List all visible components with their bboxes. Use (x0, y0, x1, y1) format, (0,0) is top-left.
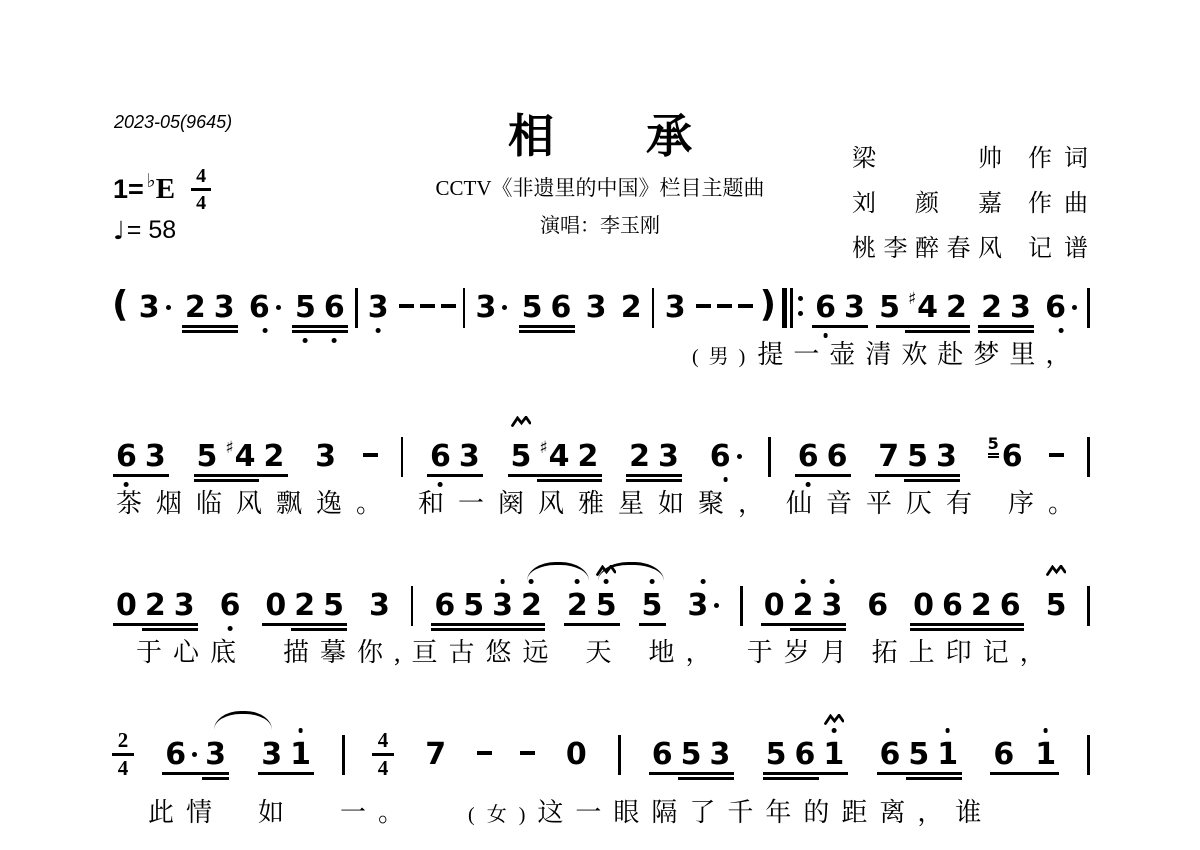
lyric-segment: 序。 (1008, 483, 1088, 520)
jianpu-note: 5 (320, 588, 347, 622)
note-group: 61 (989, 737, 1060, 771)
note-group: 6 (1041, 290, 1081, 324)
beam-line (678, 777, 734, 780)
note-main: 5 (463, 588, 484, 622)
repeat-open-sign (782, 288, 805, 328)
note-main: 2 (567, 588, 588, 622)
note-group: 23 (977, 290, 1035, 324)
note-digit: 6 (880, 737, 901, 772)
parenthesis: ( (112, 287, 128, 323)
time-signature: 24 (112, 730, 134, 779)
note-digit: 2 (264, 439, 285, 474)
note-group: 3 (311, 439, 340, 473)
notation-line: 635♯423635♯422366675356 (112, 405, 1090, 477)
jianpu-note: 2 (968, 588, 995, 622)
jianpu-note: 56 (985, 439, 1026, 473)
mordent (511, 416, 531, 427)
note-digit: 2 (567, 588, 588, 623)
fraction-bar (191, 188, 211, 191)
note-digit: 3 (315, 439, 336, 474)
lyric-segment: 拓上印记， (872, 632, 1057, 669)
note-digit: 3 (586, 290, 607, 325)
note-main: 2 (145, 588, 166, 622)
note-main: 6 (116, 439, 137, 473)
time-top: 4 (196, 166, 206, 186)
beam-line (142, 628, 198, 631)
beam-line (537, 479, 602, 482)
jianpu-note: 6 (877, 737, 904, 771)
octave-dot-high (575, 579, 580, 584)
beam-line (795, 474, 851, 477)
beam-line (763, 777, 819, 780)
note-main: 6 (1000, 588, 1021, 622)
note-digit: 2 (521, 588, 542, 623)
note-group: 0626 (909, 588, 1025, 622)
note-digit: 2 (621, 290, 642, 325)
note-digit: 6 (551, 290, 572, 325)
jianpu-note: ♯4 (536, 439, 572, 473)
note-main: 3 (174, 588, 195, 622)
octave-dot-low (823, 333, 828, 338)
jianpu-note: 5 (519, 290, 546, 324)
beam-line (427, 474, 483, 477)
beam-line (292, 330, 348, 333)
note-group: 63 (426, 439, 484, 473)
octave-dot-low (332, 338, 337, 343)
beam-line (978, 325, 1034, 328)
jianpu-note: 6 (548, 290, 575, 324)
note-group: 0 (562, 737, 591, 771)
note-main: 7 (878, 439, 899, 473)
note-digit: 2 (294, 588, 315, 623)
lyric-segment: 于岁月 (747, 632, 858, 669)
note-group: 5♯42 (193, 439, 289, 473)
jianpu-note: 3 (366, 588, 393, 622)
beam-line (910, 628, 1024, 631)
note-main: 3 (368, 290, 389, 324)
tempo-marking: ♩ = 58 (113, 216, 211, 245)
note-digit: 1 (823, 737, 844, 772)
duration-dash (738, 304, 753, 308)
note-digit: 2 (185, 290, 206, 325)
duration-dash (477, 751, 492, 755)
jianpu-note: 5 (904, 439, 931, 473)
note-main: 3 (492, 588, 513, 622)
note-digit: 2 (145, 588, 166, 623)
note-group: 66 (794, 439, 852, 473)
note-digit: 3 (139, 290, 160, 325)
note-main: 1 (290, 737, 311, 771)
note-main: 6 (993, 737, 1014, 771)
note-group: 653 (648, 737, 735, 771)
note-main: 0 (566, 737, 587, 771)
jianpu-note: 0 (761, 588, 788, 622)
jianpu-note: 5 (593, 588, 620, 622)
jianpu-note: 7 (422, 737, 449, 771)
note-main: ♯4 (908, 290, 938, 324)
augmentation-dot (1072, 305, 1077, 310)
beam-line (990, 772, 1059, 775)
octave-dot-high (650, 579, 655, 584)
jianpu-note: 6 (246, 290, 284, 324)
jianpu-note: 6 (812, 290, 839, 324)
sharp-icon: ♯ (225, 438, 233, 458)
beam-line (431, 623, 545, 626)
note-digit: 6 (993, 737, 1014, 772)
parenthesis: ) (760, 287, 776, 323)
note-group: 31 (257, 737, 315, 771)
jianpu-note: 0 (262, 588, 289, 622)
lyric-segment: 这一眼隔了千年的距离，谁 (537, 792, 993, 829)
jianpu-note: 5 (678, 737, 705, 771)
jianpu-note: 3 (933, 439, 960, 473)
jianpu-note: 3 (258, 737, 285, 771)
jianpu-note: 1 (934, 737, 961, 771)
note-main: 0 (116, 588, 137, 622)
jianpu-note: 6 (649, 737, 676, 771)
note-digit: 5 (522, 290, 543, 325)
duration-dash (420, 304, 435, 308)
note-digit: 5 (596, 588, 617, 623)
jianpu-note: 5 (292, 290, 319, 324)
jianpu-note: 6 (792, 737, 819, 771)
note-main: 5 (1046, 588, 1067, 622)
note-main: 2 (629, 439, 650, 473)
credit-name: 刘颜嘉 (852, 183, 1002, 218)
note-digit: 3 (1010, 290, 1031, 325)
note-main: 3 (821, 588, 842, 622)
note-digit: 4 (235, 439, 256, 474)
jianpu-note: 2 (518, 588, 545, 622)
time-signature-header: 4 4 (191, 166, 211, 213)
lyric-line: 于心底描摹你,亘古悠远天地，于岁月拓上印记， (112, 632, 1090, 669)
note-main: ♯4 (225, 439, 255, 473)
barline (1087, 735, 1090, 775)
beam-line (182, 325, 238, 328)
note-main: 2 (294, 588, 315, 622)
beam-line (649, 772, 734, 775)
note-digit: 5 (511, 439, 532, 474)
note-main: 2 (621, 290, 642, 324)
note-digit: 3 (261, 737, 282, 772)
octave-dot-high (701, 579, 706, 584)
note-main: 3 (459, 439, 480, 473)
beam-line (763, 772, 848, 775)
jianpu-note: 5 (460, 588, 487, 622)
jianpu-note: 5 (876, 290, 903, 324)
duration-dash (717, 304, 732, 308)
voice-label: (女) (468, 798, 537, 827)
note-group: 56 (291, 290, 349, 324)
note-digit: 6 (434, 588, 455, 623)
note-digit: 6 (116, 439, 137, 474)
note-main: 6 (652, 737, 673, 771)
lyric-segment: 此情 (148, 792, 224, 829)
note-main: 56 (988, 439, 1023, 473)
note-group: 023 (760, 588, 847, 622)
note-main: 2 (264, 439, 285, 473)
note-main: 7 (425, 737, 446, 771)
note-digit: 4 (549, 439, 570, 474)
jianpu-note: 6 (427, 439, 454, 473)
jianpu-note: 2 (291, 588, 318, 622)
augmentation-dot (192, 752, 197, 757)
beam-line (194, 474, 288, 477)
note-digit: 2 (629, 439, 650, 474)
note-digit: 3 (369, 588, 390, 623)
note-group: 7 (421, 737, 450, 771)
note-main: 0 (913, 588, 934, 622)
note-main: 5 (197, 439, 218, 473)
jianpu-note: 3 (142, 439, 169, 473)
note-group: 651 (876, 737, 963, 771)
credit-composer: 刘颜嘉 作曲 (852, 183, 1088, 218)
jianpu-note: 3 (818, 588, 845, 622)
beam-line (291, 628, 347, 631)
note-digit: 1 (1035, 737, 1056, 772)
notation-line: 0236025365322553023606265 (112, 554, 1090, 626)
jianpu-note: 3 (456, 439, 483, 473)
note-main: 5 (879, 290, 900, 324)
note-digit: 3 (476, 290, 497, 325)
lyric-segment: 地， (649, 632, 723, 669)
barline (342, 735, 345, 775)
jianpu-note: 0 (113, 588, 140, 622)
jianpu-note: 2 (575, 439, 602, 473)
note-main: 1 (937, 737, 958, 771)
note-digit: 1 (937, 737, 958, 772)
note-group: 3 (472, 290, 512, 324)
note-digit: 6 (1000, 588, 1021, 623)
jianpu-note: 5 (508, 439, 535, 473)
octave-dot-low (1059, 328, 1064, 333)
note-group: 23 (625, 439, 683, 473)
note-digit: 0 (566, 737, 587, 772)
note-main: 6 (798, 439, 819, 473)
note-main: 3 (139, 290, 171, 324)
note-digit: 5 (879, 290, 900, 325)
key-tempo-block: 1=♭E 4 4 ♩ = 58 (113, 166, 211, 245)
note-digit: 5 (197, 439, 218, 474)
note-main: 5 (522, 290, 543, 324)
lyric-segment: 仙音平仄有 (786, 483, 986, 520)
beam-line (910, 623, 1024, 626)
barline (740, 586, 743, 626)
lyric-line: 茶烟临风飘逸。和一阕风雅星如聚，仙音平仄有序。 (112, 483, 1090, 520)
grace-digit: 5 (988, 436, 999, 451)
note-group: 023 (112, 588, 199, 622)
jianpu-note: 3 (365, 290, 392, 324)
note-main: 5 (766, 737, 787, 771)
jianpu-note: 6 (113, 439, 140, 473)
note-main: 3 (665, 290, 686, 324)
note-main: 5 (323, 588, 344, 622)
note-digit: 6 (430, 439, 451, 474)
note-digit: 6 (324, 290, 345, 325)
sheet-music-page: 2023-05(9645) 相 承 CCTV《非遗里的中国》栏目主题曲 演唱：李… (0, 0, 1200, 850)
jianpu-note: 3 (171, 588, 198, 622)
jianpu-note: 6 (162, 737, 200, 771)
beam-line (113, 474, 169, 477)
beam-line (508, 474, 602, 477)
jianpu-note: 1 (1032, 737, 1059, 771)
note-main: 6 (165, 737, 197, 771)
note-digit: 2 (793, 588, 814, 623)
note-main: 5 (681, 737, 702, 771)
octave-dot-low (303, 338, 308, 343)
octave-dot-high (298, 728, 303, 733)
duration-dash (1049, 453, 1064, 457)
jianpu-note: 5 (763, 737, 790, 771)
octave-dot-high (831, 728, 836, 733)
note-digit: 0 (913, 588, 934, 623)
duration-dash (441, 304, 456, 308)
note-main: 3 (586, 290, 607, 324)
note-main: 6 (551, 290, 572, 324)
beam-line (875, 474, 960, 477)
note-digit: 5 (681, 737, 702, 772)
note-main: 5 (295, 290, 316, 324)
note-digit: 0 (265, 588, 286, 623)
lyric-segment: 天 (586, 632, 623, 669)
note-group: 5 (638, 588, 667, 622)
note-main: 3 (710, 737, 731, 771)
note-main: 6 (430, 439, 451, 473)
note-main: 2 (578, 439, 599, 473)
note-digit: 5 (642, 588, 663, 623)
note-main: 3 (261, 737, 282, 771)
augmentation-dot (276, 305, 281, 310)
octave-dot-high (604, 579, 609, 584)
jianpu-note: 2 (142, 588, 169, 622)
note-digit: 6 (249, 290, 270, 325)
jianpu-note: 2 (182, 290, 209, 324)
augmentation-dot (737, 454, 742, 459)
jianpu-note: 6 (990, 737, 1017, 771)
jianpu-note: 6 (795, 439, 822, 473)
octave-dot-high (945, 728, 950, 733)
jianpu-note: 3 (662, 290, 689, 324)
note-main: 6 (880, 737, 901, 771)
note-digit: 6 (798, 439, 819, 474)
lyric-segment: 提一壶清欢赴梦里， (757, 334, 1081, 371)
barline (401, 437, 404, 477)
beam-line (790, 628, 846, 631)
note-main: 6 (1045, 290, 1077, 324)
barline (618, 735, 621, 775)
note-group: 2 (617, 290, 646, 324)
note-digit: 6 (1002, 439, 1023, 474)
jianpu-note: 3 (473, 290, 511, 324)
beam-line (904, 479, 960, 482)
note-digit: 6 (1045, 290, 1066, 325)
jianpu-note: 6 (431, 588, 458, 622)
beam-line (262, 623, 347, 626)
note-main: 6 (249, 290, 281, 324)
barline (411, 586, 414, 626)
note-digit: 3 (492, 588, 513, 623)
time-bottom: 4 (118, 758, 129, 779)
jianpu-note: 3 (202, 737, 229, 771)
octave-dot-low (228, 626, 233, 631)
note-main: 0 (764, 588, 785, 622)
note-digit: 3 (174, 588, 195, 623)
lyric-line: 此情如一。(女)这一眼隔了千年的距离，谁 (112, 792, 1090, 829)
note-digit: 3 (205, 737, 226, 772)
jianpu-note: 1 (287, 737, 314, 771)
lyric-segment: 茶烟临风飘逸。 (116, 483, 396, 520)
note-digit: 6 (710, 439, 731, 474)
jianpu-note: 3 (707, 737, 734, 771)
jianpu-note: 3 (583, 290, 610, 324)
note-group: 56 (984, 439, 1027, 473)
beam-line (292, 325, 348, 328)
note-group: 5♯42 (875, 290, 971, 324)
note-group: 025 (261, 588, 348, 622)
jianpu-note: 0 (563, 737, 590, 771)
note-main: 6 (815, 290, 836, 324)
note-digit: 6 (220, 588, 241, 623)
note-group: 3 (365, 588, 394, 622)
note-digit: 3 (665, 290, 686, 325)
time-top: 4 (378, 730, 389, 751)
jianpu-note: 2 (564, 588, 591, 622)
lyric-segment: 于心底 (136, 632, 247, 669)
note-digit: 7 (878, 439, 899, 474)
note-digit: 6 (795, 737, 816, 772)
note-main: 3 (205, 737, 226, 771)
beam-line (519, 330, 575, 333)
note-digit: 5 (908, 737, 929, 772)
note-digit: 3 (658, 439, 679, 474)
note-main: ♯4 (539, 439, 569, 473)
mordent-icon (596, 565, 616, 576)
jianpu-note: 6 (321, 290, 348, 324)
note-digit: 5 (323, 588, 344, 623)
tempo-value: = 58 (127, 216, 176, 245)
note-group: 3 (364, 290, 393, 324)
barline (355, 288, 358, 328)
note-digit: 3 (368, 290, 389, 325)
jianpu-note: 2 (978, 290, 1005, 324)
credit-lyricist: 梁帅 作词 (852, 138, 1088, 173)
octave-dot-low (124, 482, 129, 487)
mordent-icon (1046, 565, 1066, 576)
beam-line (162, 772, 229, 775)
note-main: 2 (971, 588, 992, 622)
time-top: 2 (118, 730, 129, 751)
note-digit: 3 (821, 588, 842, 623)
credit-name: 梁帅 (852, 138, 1002, 173)
note-digit: 2 (946, 290, 967, 325)
jianpu-note: 2 (261, 439, 288, 473)
jianpu-note: 6 (707, 439, 745, 473)
note-digit: 6 (827, 439, 848, 474)
augmentation-dot (166, 305, 171, 310)
note-digit: 5 (907, 439, 928, 474)
note-group: 753 (874, 439, 961, 473)
augmentation-dot (502, 305, 507, 310)
key-prefix: 1= (113, 174, 144, 205)
sharp-icon: ♯ (908, 289, 916, 309)
augmentation-dot (714, 603, 719, 608)
jianpu-note: 2 (943, 290, 970, 324)
note-digit: 5 (463, 588, 484, 623)
note-group: 3 (683, 588, 723, 622)
barline (463, 288, 466, 328)
score: (3236563356323)635♯42236(男)提一壶清欢赴梦里，635♯… (112, 256, 1090, 829)
beam-line (202, 777, 229, 780)
